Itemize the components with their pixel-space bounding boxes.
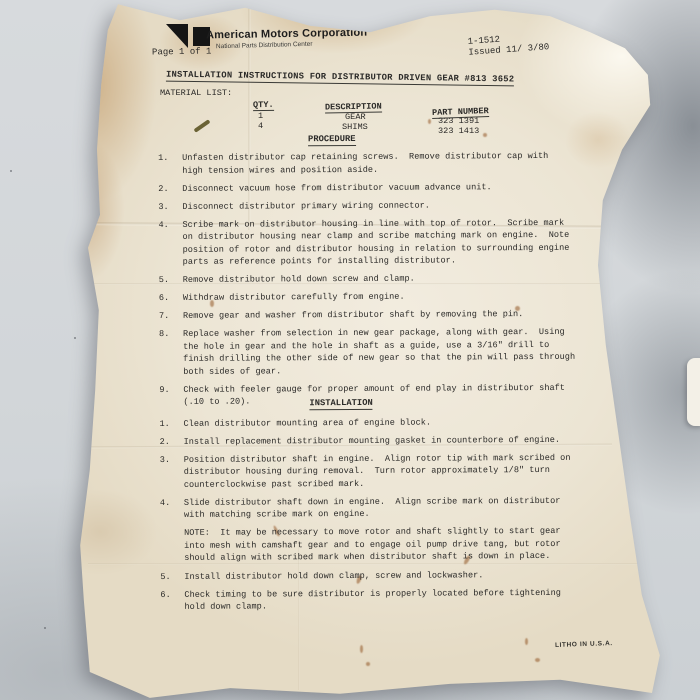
procedure-item-4: 4.Scribe mark on distributor housing in … bbox=[158, 216, 628, 268]
stain bbox=[525, 638, 528, 645]
installation-item-1: 1.Clean distributor mounting area of eng… bbox=[159, 415, 629, 430]
installation-item-4: 4.Slide distributor shaft down in engine… bbox=[160, 494, 630, 521]
item-number: 9. bbox=[159, 383, 177, 408]
page-number: Page 1 of 1 bbox=[152, 46, 212, 57]
item-number: 4. bbox=[160, 496, 178, 521]
item-text: Remove gear and washer from distributor … bbox=[183, 308, 583, 323]
installation-heading-text: INSTALLATION bbox=[309, 397, 372, 409]
procedure-item-7: 7.Remove gear and washer from distributo… bbox=[159, 308, 629, 323]
installation-item-6: 6.Check timing to be sure distributor is… bbox=[160, 586, 630, 613]
procedure-heading-text: PROCEDURE bbox=[308, 134, 356, 146]
material-description: GEAR bbox=[345, 112, 366, 122]
material-qty: 4 bbox=[258, 121, 263, 131]
item-text: Check timing to be sure distributor is p… bbox=[184, 586, 584, 613]
procedure-heading: PROCEDURE bbox=[158, 133, 628, 145]
material-col-qty: QTY. bbox=[253, 100, 274, 111]
item-number: 6. bbox=[160, 588, 178, 613]
procedure-item-8: 8.Replace washer from selection in new g… bbox=[159, 326, 629, 378]
stain bbox=[360, 645, 363, 653]
item-number: 1. bbox=[159, 417, 177, 430]
item-number: 1. bbox=[158, 152, 176, 177]
installation-item-5: 5.Install distributor hold down clamp, s… bbox=[160, 568, 630, 583]
item-text: Disconnect vacuum hose from distributor … bbox=[182, 180, 582, 195]
stain bbox=[366, 662, 370, 666]
instruction-sheet: American Motors Corporation National Par… bbox=[70, 0, 670, 700]
logo-triangle-shape bbox=[166, 24, 188, 48]
photo-background: American Motors Corporation National Par… bbox=[0, 0, 700, 700]
item-number: 5. bbox=[159, 274, 177, 287]
stain bbox=[193, 119, 210, 133]
item-number: 5. bbox=[160, 570, 178, 583]
form-info: 1-1512 Issued 11/ 3/80 bbox=[467, 31, 549, 59]
item-number: 6. bbox=[159, 292, 177, 305]
item-text: Withdraw distributor carefully from engi… bbox=[183, 290, 583, 305]
item-number: 3. bbox=[160, 453, 178, 491]
litho-mark: LITHO IN U.S.A. bbox=[555, 640, 613, 649]
item-number: 2. bbox=[160, 435, 178, 448]
division-name: National Parts Distribution Center bbox=[216, 41, 313, 51]
item-number: 4. bbox=[158, 218, 176, 268]
procedure-item-6: 6.Withdraw distributor carefully from en… bbox=[159, 290, 629, 305]
item-text: Slide distributor shaft down in engine. … bbox=[184, 494, 584, 521]
procedure-item-5: 5.Remove distributor hold down screw and… bbox=[159, 272, 629, 287]
item-text: Install distributor hold down clamp, scr… bbox=[184, 568, 584, 583]
procedure-item-3: 3.Disconnect distributor primary wiring … bbox=[158, 198, 628, 213]
stain bbox=[535, 658, 540, 662]
material-qty: 1 bbox=[258, 111, 263, 121]
item-text: Disconnect distributor primary wiring co… bbox=[182, 198, 582, 213]
item-number: 2. bbox=[158, 182, 176, 195]
item-text: Scribe mark on distributor housing in li… bbox=[182, 216, 582, 268]
item-number: 7. bbox=[159, 310, 177, 323]
item-text: Remove distributor hold down screw and c… bbox=[183, 272, 583, 287]
item-text: Replace washer from selection in new gea… bbox=[183, 326, 583, 378]
material-part-number: 323 1391 bbox=[438, 116, 479, 126]
material-list-label: MATERIAL LIST: bbox=[160, 88, 232, 98]
installation-note: NOTE: It may be necessary to move rotor … bbox=[184, 525, 584, 565]
procedure-item-9: 9.Check with feeler gauge for proper amo… bbox=[159, 381, 629, 408]
instructions-body: PROCEDURE 1.Unfasten distributor cap ret… bbox=[158, 133, 631, 619]
item-text: Unfasten distributor cap retaining screw… bbox=[182, 150, 582, 177]
procedure-item-2: 2.Disconnect vacuum hose from distributo… bbox=[158, 180, 628, 195]
item-text: Check with feeler gauge for proper amoun… bbox=[183, 381, 583, 408]
stain bbox=[428, 119, 431, 124]
item-text: Clean distributor mounting area of engin… bbox=[183, 415, 583, 430]
item-text: Position distributor shaft in engine. Al… bbox=[184, 451, 584, 491]
company-name: American Motors Corporation bbox=[206, 27, 367, 42]
material-description: SHIMS bbox=[342, 122, 368, 132]
installation-item-3: 3.Position distributor shaft in engine. … bbox=[160, 451, 630, 491]
paper-shadow-wrapper: American Motors Corporation National Par… bbox=[0, 0, 700, 700]
item-text: Install replacement distributor mounting… bbox=[184, 433, 584, 448]
procedure-item-1: 1.Unfasten distributor cap retaining scr… bbox=[158, 150, 628, 177]
document-title: INSTALLATION INSTRUCTIONS FOR DISTRIBUTO… bbox=[166, 70, 514, 87]
item-number: 8. bbox=[159, 328, 177, 378]
item-number: 3. bbox=[158, 200, 176, 213]
installation-item-2: 2.Install replacement distributor mounti… bbox=[160, 433, 630, 448]
